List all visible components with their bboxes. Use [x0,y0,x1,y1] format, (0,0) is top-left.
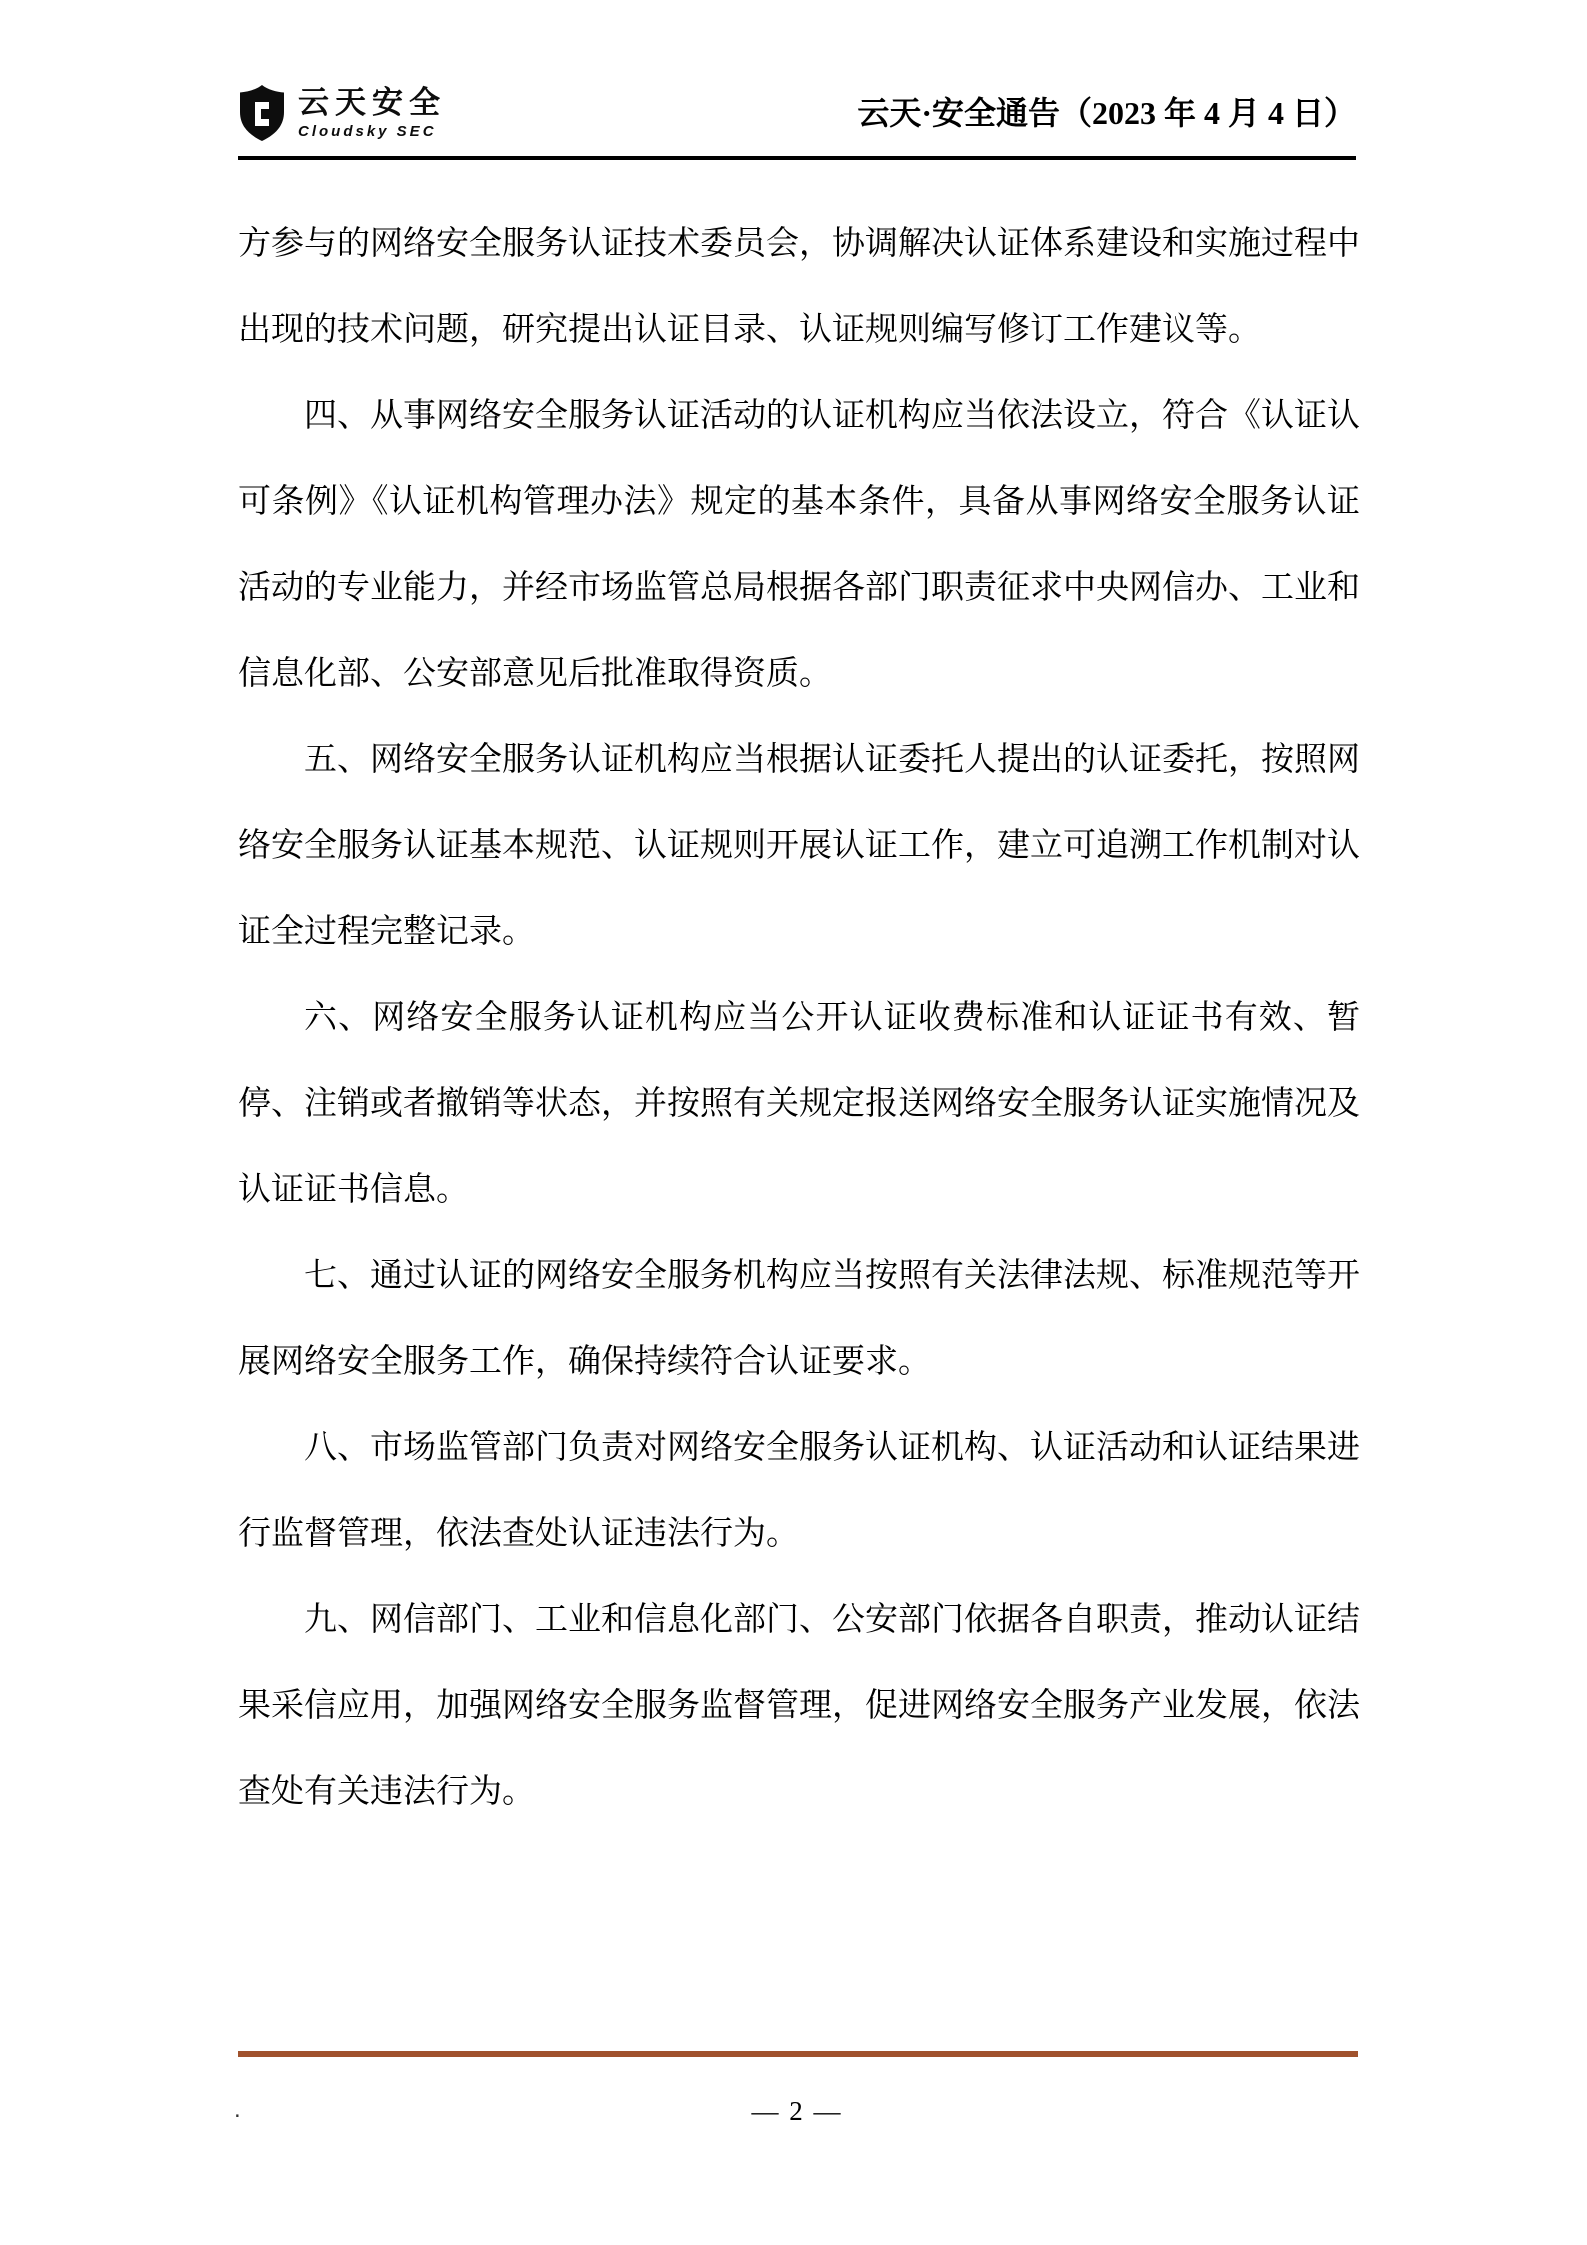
header-title: 云天·安全通告（2023 年 4 月 4 日） [857,88,1356,142]
header-rule [238,156,1356,160]
paragraph: 八、市场监管部门负责对网络安全服务认证机构、认证活动和认证结果进行监督管理，依法… [238,1404,1360,1576]
page-header: 云天安全 Cloudsky SEC 云天·安全通告（2023 年 4 月 4 日… [238,84,1356,142]
company-logo: 云天安全 Cloudsky SEC [238,84,446,142]
logo-name-cn: 云天安全 [298,86,446,120]
page-number: — 2 — [238,2096,1356,2127]
paragraph: 五、网络安全服务认证机构应当根据认证委托人提出的认证委托，按照网络安全服务认证基… [238,716,1360,974]
logo-name-en: Cloudsky SEC [298,123,446,140]
shield-c-icon [238,84,286,142]
document-page: 云天安全 Cloudsky SEC 云天·安全通告（2023 年 4 月 4 日… [0,0,1587,2245]
paragraph: 九、网信部门、工业和信息化部门、公安部门依据各自职责，推动认证结果采信应用，加强… [238,1576,1360,1834]
footer-rule [238,2051,1358,2057]
document-body: 方参与的网络安全服务认证技术委员会，协调解决认证体系建设和实施过程中出现的技术问… [238,200,1360,1834]
paragraph: 六、网络安全服务认证机构应当公开认证收费标准和认证证书有效、暂停、注销或者撤销等… [238,974,1360,1232]
paragraph: 方参与的网络安全服务认证技术委员会，协调解决认证体系建设和实施过程中出现的技术问… [238,200,1360,372]
logo-text: 云天安全 Cloudsky SEC [298,86,446,140]
paragraph: 四、从事网络安全服务认证活动的认证机构应当依法设立，符合《认证认可条例》《认证机… [238,372,1360,716]
paragraph: 七、通过认证的网络安全服务机构应当按照有关法律法规、标准规范等开展网络安全服务工… [238,1232,1360,1404]
